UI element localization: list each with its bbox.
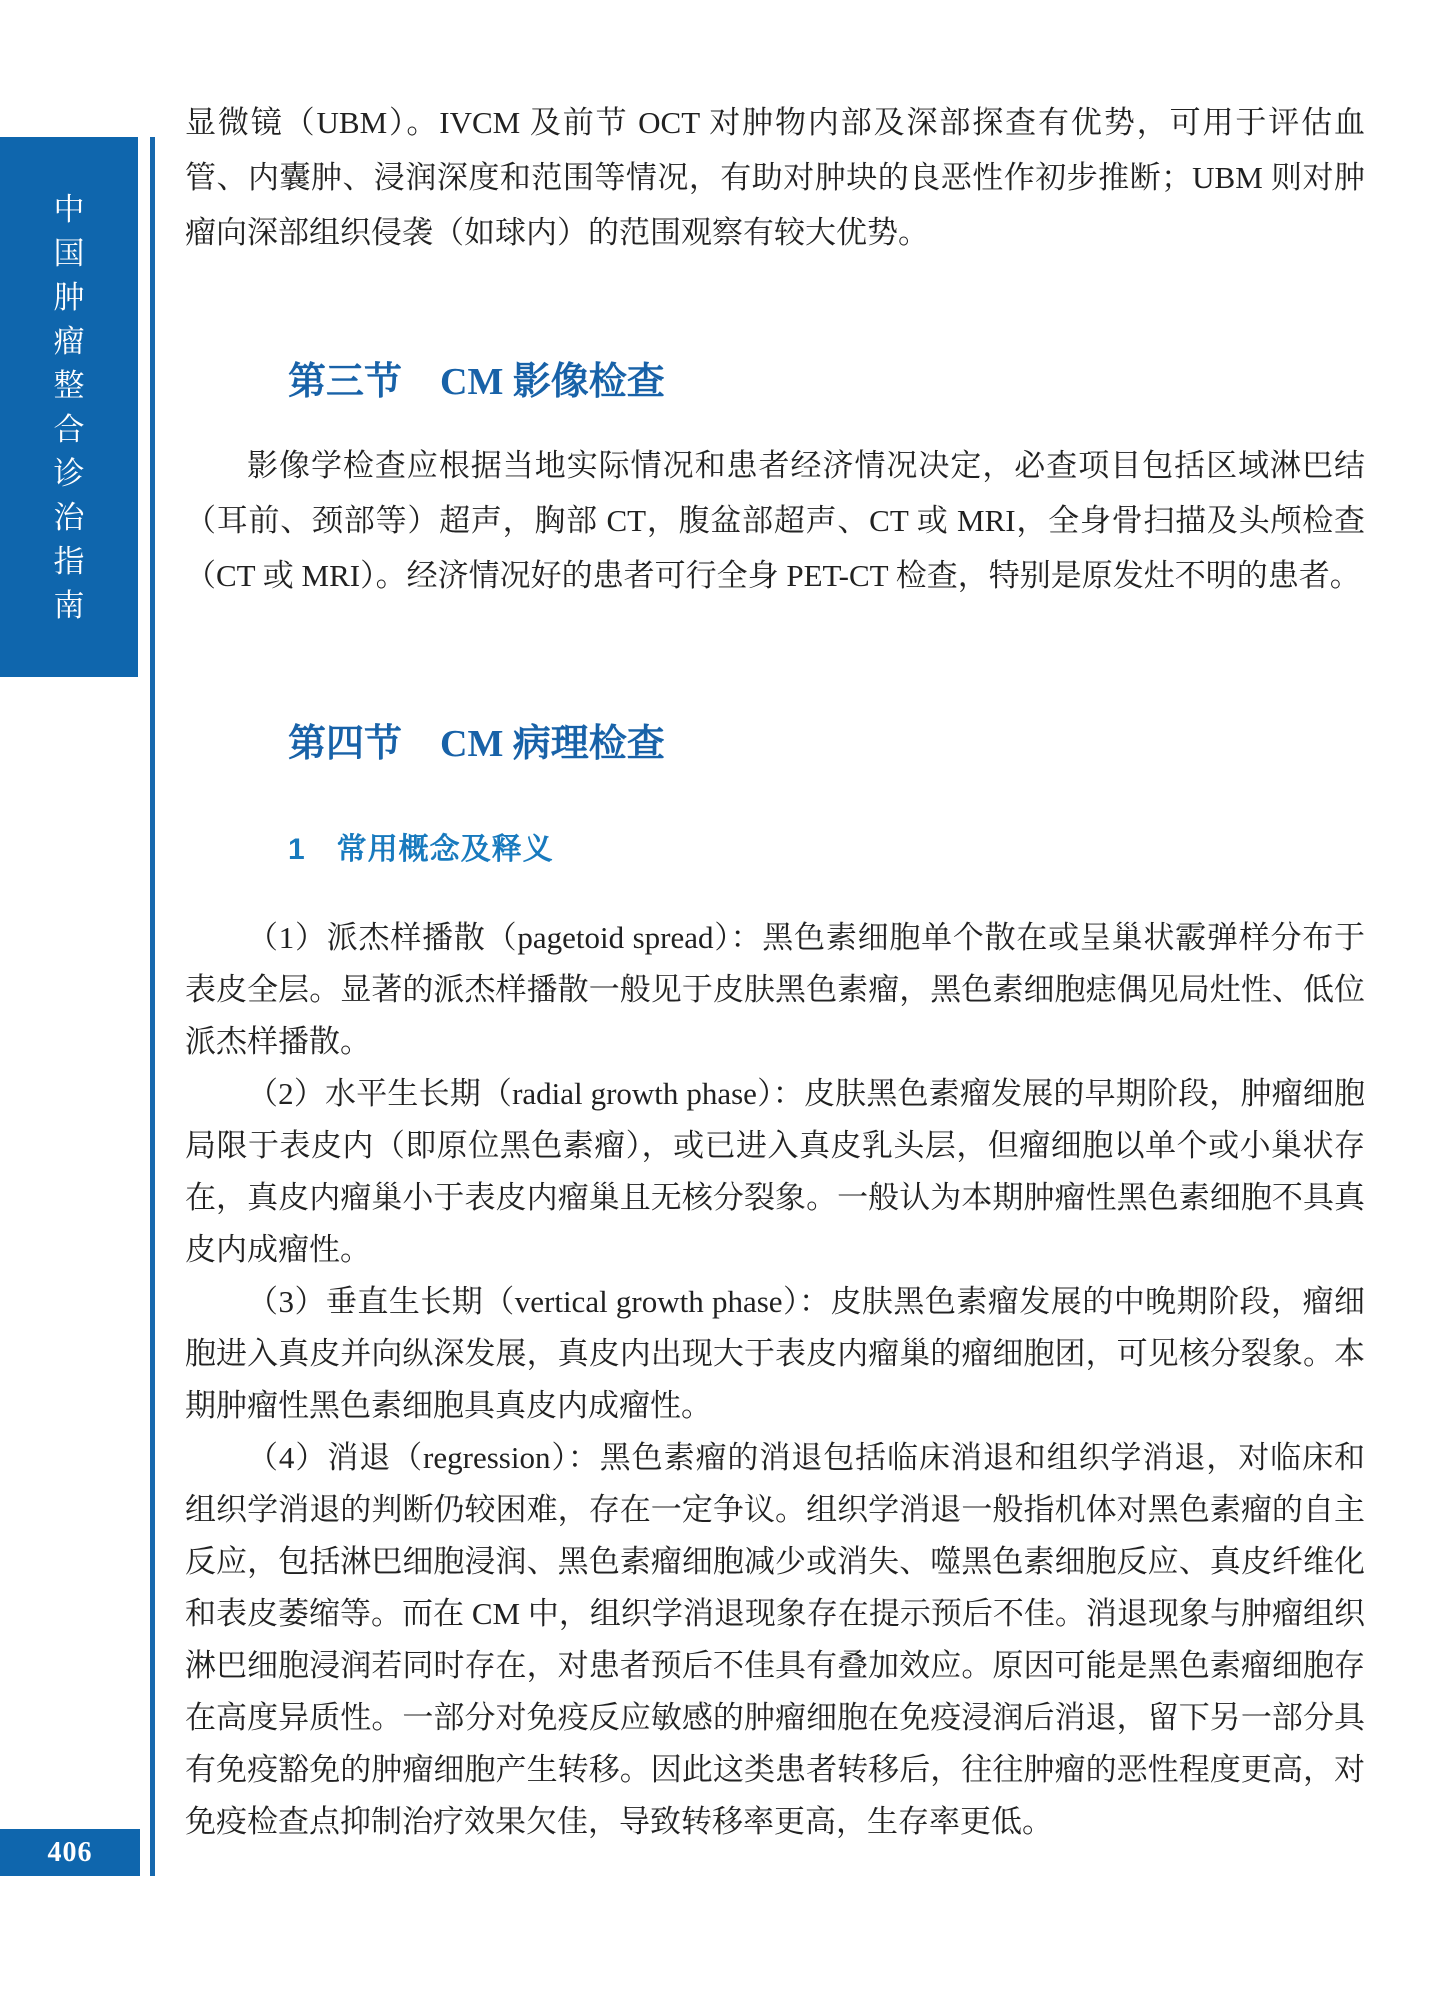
sidebar-banner-char: 合	[54, 414, 85, 445]
sidebar-banner-char: 南	[54, 590, 85, 621]
sidebar-banner-char: 肿	[54, 282, 85, 313]
sidebar-banner-char: 治	[54, 502, 85, 533]
definition-paragraph-vertical-growth-phase: （3）垂直生长期（vertical growth phase）：皮肤黑色素瘤发展…	[185, 1276, 1365, 1432]
definition-paragraph-regression: （4）消退（regression）：黑色素瘤的消退包括临床消退和组织学消退，对临…	[185, 1432, 1365, 1848]
sidebar-divider-line	[150, 137, 155, 1876]
sidebar-banner: 中 国 肿 瘤 整 合 诊 治 指 南	[0, 137, 138, 677]
document-page: 中 国 肿 瘤 整 合 诊 治 指 南 406 显微镜（UBM）。IVCM 及前…	[0, 0, 1444, 2010]
definition-list: （1）派杰样播散（pagetoid spread）：黑色素细胞单个散在或呈巢状霰…	[185, 912, 1365, 1848]
intro-paragraph: 显微镜（UBM）。IVCM 及前节 OCT 对肿物内部及深部探查有优势，可用于评…	[185, 95, 1365, 260]
definition-paragraph-pagetoid-spread: （1）派杰样播散（pagetoid spread）：黑色素细胞单个散在或呈巢状霰…	[185, 912, 1365, 1068]
sidebar-banner-char: 诊	[54, 458, 85, 489]
section3-paragraph: 影像学检查应根据当地实际情况和患者经济情况决定，必查项目包括区域淋巴结（耳前、颈…	[185, 438, 1365, 603]
section4-subheading: 1 常用概念及释义	[288, 832, 554, 868]
section3-heading: 第三节 CM 影像检查	[288, 360, 665, 404]
page-number-badge: 406	[0, 1829, 140, 1876]
page-number: 406	[48, 1837, 93, 1869]
sidebar-banner-char: 国	[54, 238, 85, 269]
sidebar-banner-char: 瘤	[54, 326, 85, 357]
sidebar-banner-char: 指	[54, 546, 85, 577]
sidebar-banner-char: 中	[54, 194, 85, 225]
sidebar-banner-char: 整	[54, 370, 85, 401]
section4-heading: 第四节 CM 病理检查	[288, 722, 665, 766]
definition-paragraph-radial-growth-phase: （2）水平生长期（radial growth phase）：皮肤黑色素瘤发展的早…	[185, 1068, 1365, 1276]
